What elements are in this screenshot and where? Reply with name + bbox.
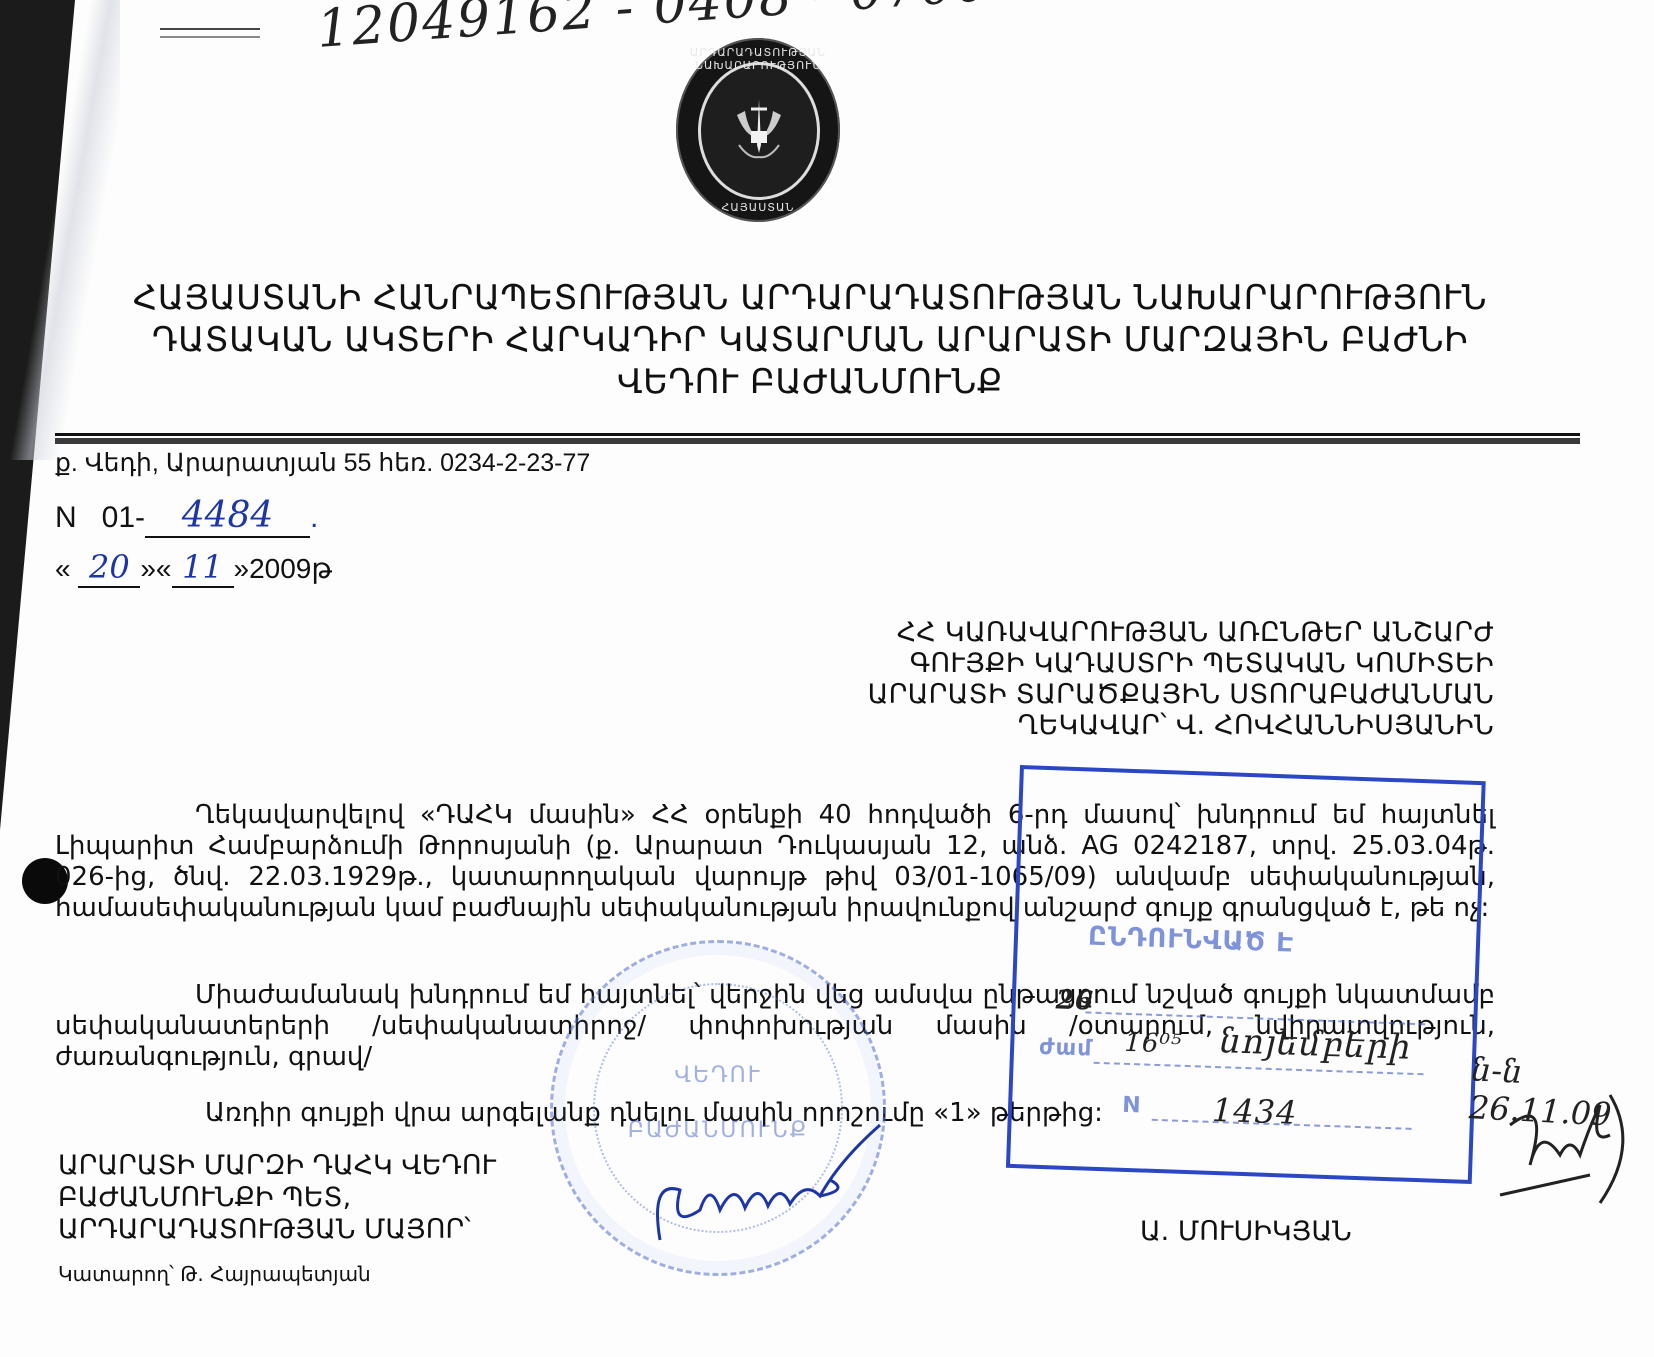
head-signature (640, 1120, 900, 1260)
header-line-3: ՎԵԴՈՒ ԲԱԺԱՆՄՈՒՆՔ (60, 362, 1560, 402)
emblem-bottom-text: ՀԱՅԱՍՏԱՆ (676, 201, 840, 214)
emblem-inner-ring (698, 62, 820, 200)
header-rule-thin (55, 433, 1580, 436)
office-address: ք. Վեդի, Արարատյան 55 հեռ. 0234-2-23-77 (55, 448, 590, 478)
document-number: N 01-4484. (55, 495, 318, 538)
document-number-suffix: . (310, 501, 318, 534)
header-line-2: ԴԱՏԱԿԱՆ ԱԿՏԵՐԻ ՀԱՐԿԱԴԻՐ ԿԱՏԱՐՄԱՆ ԱՐԱՐԱՏԻ… (60, 320, 1560, 360)
header-rule-thick (55, 438, 1580, 444)
document-number-handwritten: 4484 (145, 495, 310, 538)
date-day-handwritten: 20 (78, 548, 140, 588)
signatory-name: Ա. ՄՈՒՍԻԿՅԱՆ (1140, 1216, 1352, 1247)
date-mid-quotes: »« (140, 553, 171, 584)
document-date: « 20»«11»2009թ (55, 548, 332, 588)
addressee-line-4: ՂԵԿԱՎԱՐ՝ Վ. ՀՈՎՀԱՆՆԻՍՅԱՆԻՆ (868, 710, 1494, 741)
ministry-emblem: ԱՐԴԱՐԱԴԱՏՈՒԹՅԱՆ ՆԱԽԱՐԱՐՈՒԹՅՈՒՆ ՀԱՅԱՍՏԱՆ (676, 38, 840, 222)
stamp-month-handwritten: նոյեմբերի (1219, 1021, 1413, 1068)
margin-signature (1490, 1085, 1640, 1205)
stamp-time-handwritten: 16⁰⁵ (1124, 1028, 1183, 1060)
date-open-quote: « (55, 553, 71, 584)
executor-name: Կատարող՝ Թ. Հայրապետյան (58, 1262, 371, 1286)
stamp-number-label: N (1122, 1093, 1142, 1119)
document-number-prefix: N 01- (55, 501, 145, 534)
addressee-line-1: ՀՀ ԿԱՌԱՎԱՐՈՒԹՅԱՆ ԱՌԸՆԹԵՐ ԱՆՇԱՐԺ (868, 617, 1494, 648)
emblem-top-text: ԱՐԴԱՐԱԴԱՏՈՒԹՅԱՆ ՆԱԽԱՐԱՐՈՒԹՅՈՒՆ (676, 46, 840, 72)
addressee-block: ՀՀ ԿԱՌԱՎԱՐՈՒԹՅԱՆ ԱՌԸՆԹԵՐ ԱՆՇԱՐԺ ԳՈՒՅՔԻ Կ… (868, 617, 1494, 741)
stamp-heading: ԸՆԴՈՒՆՎԱԾ Է (1088, 921, 1295, 958)
date-month-handwritten: 11 (172, 548, 234, 588)
signatory-title-line-1: ԱՐԱՐԱՏԻ ՄԱՐԶԻ ԴԱՀԿ ՎԵԴՈՒ (58, 1150, 496, 1182)
incoming-registration-stamp: ԸՆԴՈՒՆՎԱԾ Է 26 ժամ 16⁰⁵ նոյեմբերի N 1434 (1006, 765, 1486, 1184)
addressee-line-2: ԳՈՒՅՔԻ ԿԱԴԱՍՏՐԻ ՊԵՏԱԿԱՆ ԿՈՄԻՏԵԻ (868, 648, 1494, 679)
signatory-title: ԱՐԱՐԱՏԻ ՄԱՐԶԻ ԴԱՀԿ ՎԵԴՈՒ ԲԱԺԱՆՄՈՒՆՔԻ ՊԵՏ… (58, 1150, 496, 1246)
addressee-line-3: ԱՐԱՐԱՏԻ ՏԱՐԱԾՔԱՅԻՆ ՍՏՈՐԱԲԱԺԱՆՄԱՆ (868, 679, 1494, 710)
signatory-title-line-2: ԲԱԺԱՆՄՈՒՆՔԻ ՊԵՏ, (58, 1182, 496, 1214)
header-line-1: ՀԱՅԱՍՏԱՆԻ ՀԱՆՐԱՊԵՏՈՒԹՅԱՆ ԱՐԴԱՐԱԴԱՏՈՒԹՅԱՆ… (60, 278, 1560, 318)
date-year: »2009թ (234, 553, 333, 584)
stamp-time-label: ժամ (1039, 1035, 1093, 1062)
signatory-title-line-3: ԱՐԴԱՐԱԴԱՏՈՒԹՅԱՆ ՄԱՅՈՐ՝ (58, 1214, 496, 1246)
round-stamp-text-1: ՎԵԴՈՒ (553, 1063, 883, 1088)
stamp-number-handwritten: 1434 (1211, 1091, 1298, 1132)
staple-mark (160, 28, 260, 38)
eagle-sword-icon (731, 95, 787, 165)
handwritten-reference-number: 12049162 - 0408 - 0700 (315, 0, 992, 60)
